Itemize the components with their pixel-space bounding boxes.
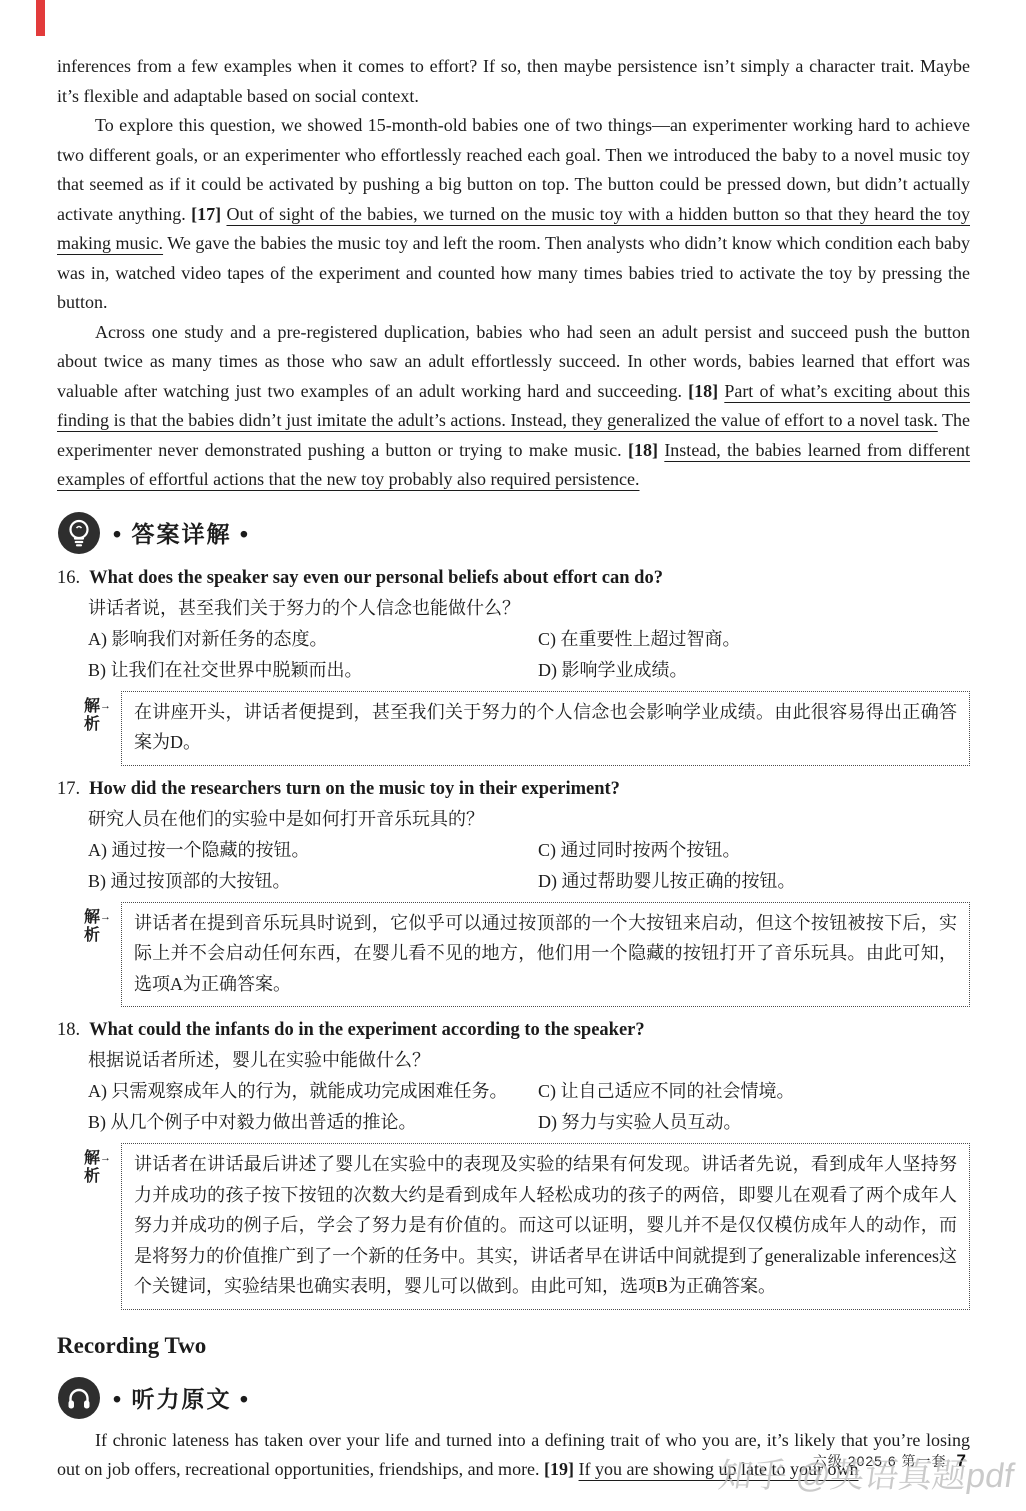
passage-paragraph-1: inferences from a few examples when it c… [57,52,970,111]
option-label: D) [538,871,557,891]
option-b: B) 让我们在社交世界中脱颖而出。 [88,655,538,686]
option-text: 通过帮助婴儿按正确的按钮。 [562,871,796,891]
option-b: B) 从几个例子中对毅力做出普适的推论。 [88,1107,538,1138]
passage-segment: We gave the babies the music toy and lef… [57,233,970,312]
question-18: 18. What could the infants do in the exp… [57,1015,970,1310]
option-label: A) [88,840,107,860]
options-grid: A) 只需观察成年人的行为，就能成功完成困难任务。 C) 让自己适应不同的社会情… [57,1076,970,1138]
option-c: C) 通过同时按两个按钮。 [538,835,970,866]
option-label: D) [538,1112,557,1132]
question-line: 17. How did the researchers turn on the … [57,774,970,804]
option-a: A) 影响我们对新任务的态度。 [88,624,538,655]
option-c: C) 让自己适应不同的社会情境。 [538,1076,970,1107]
analysis-text: 讲话者在提到音乐玩具时说到，它似乎可以通过按顶部的一个大按钮来启动，但这个按钮被… [121,902,970,1008]
analysis-text: 在讲座开头，讲话者便提到，甚至我们关于努力的个人信念也会影响学业成绩。由此很容易… [121,691,970,766]
question-text-en: How did the researchers turn on the musi… [89,774,620,804]
question-16: 16. What does the speaker say even our p… [57,563,970,766]
page-content: inferences from a few examples when it c… [0,0,1026,1485]
cue-marker-19: [19] [544,1459,579,1479]
option-a: A) 只需观察成年人的行为，就能成功完成困难任务。 [88,1076,538,1107]
arrow-icon: → [100,911,111,923]
answer-section-title: • 答案详解 • [113,516,250,549]
analysis-label-char: 析 [84,1168,100,1185]
analysis-label-char: 解 [84,909,100,926]
watermark: 知乎 @英语真题pdf [715,1448,1017,1497]
cue-marker-18: [18] [688,381,724,401]
option-a: A) 通过按一个隐藏的按钮。 [88,835,538,866]
option-label: D) [538,660,557,680]
analysis-label-char: 析 [84,716,100,733]
option-label: C) [538,840,556,860]
option-text: 只需观察成年人的行为，就能成功完成困难任务。 [112,1081,508,1101]
question-line: 18. What could the infants do in the exp… [57,1015,970,1045]
cue-marker-17: [17] [191,204,226,224]
option-text: 通过按一个隐藏的按钮。 [112,840,310,860]
option-label: A) [88,629,107,649]
analysis-row: 解→ 析 讲话者在讲话最后讲述了婴儿在实验中的表现及实验的结果有何发现。讲话者先… [57,1143,970,1310]
arrow-icon: → [100,1152,111,1164]
red-corner-mark [36,0,45,36]
headphones-icon [57,1376,101,1420]
analysis-row: 解→ 析 讲话者在提到音乐玩具时说到，它似乎可以通过按顶部的一个大按钮来启动，但… [57,902,970,1008]
question-text-en: What could the infants do in the experim… [89,1015,645,1045]
option-text: 通过按顶部的大按钮。 [111,871,291,891]
analysis-label-char: 解 [84,698,100,715]
question-number: 18. [57,1015,80,1045]
question-text-zh: 根据说话者所述，婴儿在实验中能做什么？ [57,1045,970,1076]
passage-paragraph-3: Across one study and a pre-registered du… [57,318,970,495]
option-b: B) 通过按顶部的大按钮。 [88,866,538,897]
option-label: B) [88,871,106,891]
analysis-text: 讲话者在讲话最后讲述了婴儿在实验中的表现及实验的结果有何发现。讲话者先说，看到成… [121,1143,970,1310]
question-text-zh: 研究人员在他们的实验中是如何打开音乐玩具的？ [57,804,970,835]
recording-two-heading: Recording Two [57,1332,970,1360]
transcript-section-header: • 听力原文 • [57,1376,970,1420]
question-line: 16. What does the speaker say even our p… [57,563,970,593]
option-d: D) 影响学业成绩。 [538,655,970,686]
options-grid: A) 通过按一个隐藏的按钮。 C) 通过同时按两个按钮。 B) 通过按顶部的大按… [57,835,970,897]
option-label: B) [88,660,106,680]
document-page: inferences from a few examples when it c… [0,0,1026,1511]
question-number: 16. [57,563,80,593]
option-text: 在重要性上超过智商。 [561,629,741,649]
question-number: 17. [57,774,80,804]
option-text: 通过同时按两个按钮。 [561,840,741,860]
cue-marker-18: [18] [628,440,664,460]
option-text: 影响我们对新任务的态度。 [112,629,328,649]
analysis-label: 解→ 析 [57,691,121,766]
analysis-label-char: 析 [84,927,100,944]
option-d: D) 通过帮助婴儿按正确的按钮。 [538,866,970,897]
option-text: 从几个例子中对毅力做出普适的推论。 [111,1112,417,1132]
analysis-label: 解→ 析 [57,1143,121,1310]
options-grid: A) 影响我们对新任务的态度。 C) 在重要性上超过智商。 B) 让我们在社交世… [57,624,970,686]
option-text: 影响学业成绩。 [562,660,688,680]
transcript-section-title: • 听力原文 • [113,1381,250,1414]
option-c: C) 在重要性上超过智商。 [538,624,970,655]
question-17: 17. How did the researchers turn on the … [57,774,970,1008]
option-label: B) [88,1112,106,1132]
passage-paragraph-2: To explore this question, we showed 15-m… [57,111,970,318]
option-text: 努力与实验人员互动。 [562,1112,742,1132]
option-label: C) [538,629,556,649]
arrow-icon: → [100,700,111,712]
option-label: C) [538,1081,556,1101]
analysis-label: 解→ 析 [57,902,121,1008]
option-text: 让自己适应不同的社会情境。 [561,1081,795,1101]
option-d: D) 努力与实验人员互动。 [538,1107,970,1138]
lightbulb-icon [57,511,101,555]
option-text: 让我们在社交世界中脱颖而出。 [111,660,363,680]
question-text-en: What does the speaker say even our perso… [89,563,663,593]
analysis-label-char: 解 [84,1150,100,1167]
analysis-row: 解→ 析 在讲座开头，讲话者便提到，甚至我们关于努力的个人信念也会影响学业成绩。… [57,691,970,766]
option-label: A) [88,1081,107,1101]
passage-segment: inferences from a few examples when it c… [57,56,970,106]
answer-section-header: • 答案详解 • [57,511,970,555]
question-text-zh: 讲话者说，甚至我们关于努力的个人信念也能做什么？ [57,593,970,624]
